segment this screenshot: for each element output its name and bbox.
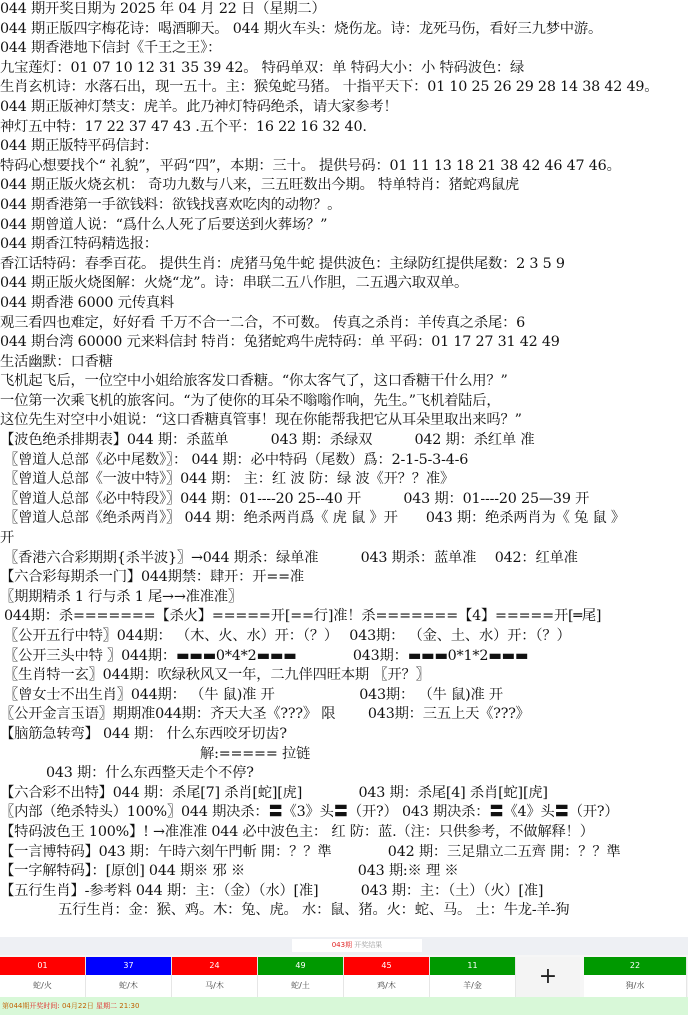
- ball-number: 24: [172, 957, 257, 975]
- ball-number: 01: [0, 957, 85, 975]
- ball-3: 24 马/木: [172, 957, 258, 997]
- fire-mystery-line: 044 期正版火烧玄机： 奇功九数与八来，三五旺数出今期。 特单特肖：猪蛇鸡鼠虎: [0, 176, 688, 196]
- ball-zodiac: 马/木: [172, 975, 257, 997]
- ball-1: 01 蛇/火: [0, 957, 86, 997]
- ball-4: 49 蛇/土: [258, 957, 344, 997]
- no-special-line: 【六合彩不出特】044 期：杀尾[7] 杀肖[蛇][虎] 043 期：杀尾[4]…: [0, 784, 688, 804]
- result-label: 开奖结果: [352, 941, 382, 949]
- element-zodiac-key-line: 五行生肖：金：猴、鸡。木：兔、虎。 水：鼠、猪。火：蛇、马。 土：牛龙-羊-狗: [0, 901, 688, 921]
- one-word-bet-line: 【一言博特码】043 期：午時六刻午門斬 開：？？準 042 期：三足鼎立二五齊…: [0, 843, 688, 863]
- fire-diagram-line: 044 期正版火烧图解：火烧“龙”。诗：串联二五八作胆，二五遇六取双单。: [0, 274, 688, 294]
- kill-element-title: 〖期期精杀 1 行与杀 1 尾→→准准准〗: [0, 588, 688, 608]
- ball-number: 11: [430, 957, 515, 975]
- one-wave-line: 〖曾道人总部《一波中特》〗044 期： 主：红 波 防：绿 波《开？？准》: [0, 470, 688, 490]
- ball-number: 37: [86, 957, 171, 975]
- ball-number: 45: [344, 957, 429, 975]
- ball-zodiac: 羊/金: [430, 975, 515, 997]
- fax-title: 044 期香港 6000 元传真料: [0, 294, 688, 314]
- lamp-five-line: 神灯五中特：17 22 37 47 43 .五个平：16 22 16 32 40…: [0, 118, 688, 138]
- hk-first-hand-line: 044 期香港第一手欲钱料：欲钱找喜欢吃肉的动物？。: [0, 196, 688, 216]
- ball-zodiac: 蛇/火: [0, 975, 85, 997]
- one-word-solve-line: 【一字解特码】：[原创] 044 期※ 邪 ※ 043 期:※ 理 ※: [0, 862, 688, 882]
- tail-number-line: 〖曾道人总部《必中尾数》〗： 044 期：必中特码（尾数）爲：2-1-5-3-4…: [0, 451, 688, 471]
- taiwan-line: 044 期台湾 60000 元来料信封 特肖：兔猪蛇鸡牛虎特码：单 平码：01 …: [0, 333, 688, 353]
- color-kill-line: 【波色绝杀排期表】044 期：杀蓝单 043 期：杀绿双 042 期：杀红单 准: [0, 431, 688, 451]
- plus-icon: +: [516, 957, 580, 997]
- special-envelope-title: 044 期正版特平码信封：: [0, 137, 688, 157]
- ball-2: 37 蛇/木: [86, 957, 172, 997]
- ball-number: 49: [258, 957, 343, 975]
- humor-line-3: 这位先生对空中小姐说：“这口香糖真管事！现在你能帮我把它从耳朵里取出来吗？”: [0, 411, 688, 431]
- special-range-line: 〖曾道人总部《必中特段》〗044 期：01----20 25--40 开 043…: [0, 490, 688, 510]
- humor-line-2: 一位第一次乘飞机的旅客问。“为了使你的耳朵不嗡嗡作响，先生。”飞机着陆后，: [0, 392, 688, 412]
- kill-two-zodiac-line: 〖曾道人总部《绝杀两肖》〗 044 期：绝杀两肖爲《 虎 鼠 》开 043 期：…: [0, 509, 688, 529]
- zeng-says-line: 044 期曾道人说：“爲什么人死了后要送到火葬场？”: [0, 216, 688, 236]
- nine-lamps-line: 九宝莲灯：01 07 10 12 31 35 39 42。 特码单双：单 特码大…: [0, 59, 688, 79]
- next-draw-time: 第044期开奖时间: 04月22日 星期二 21:30: [0, 997, 688, 1015]
- riddle-043-line: 043 期：什么东西整天走个不停?: [0, 764, 688, 784]
- result-period: 043期: [332, 941, 352, 949]
- ball-zodiac: 鸡/木: [344, 975, 429, 997]
- ball-zodiac: 蛇/土: [258, 975, 343, 997]
- ball-zodiac: 蛇/木: [86, 975, 171, 997]
- riddle-line: 【脑筋急转弯】 044 期： 什么东西咬牙切齿?: [0, 725, 688, 745]
- xiangjiang-title: 044 期香江特码精选报：: [0, 235, 688, 255]
- fax-line: 观三看四也难定，好好看 千万不合一二合，不可数。 传真之杀肖：羊传真之杀尾：6: [0, 314, 688, 334]
- riddle-answer-line: 解:===== 拉链: [0, 745, 688, 765]
- wave-king-line: 【特码波色王 100%】! →准准准 044 必中波色主： 红 防：蓝.（注：只…: [0, 823, 688, 843]
- next-draw-clock: 21:30: [117, 1002, 139, 1010]
- kill-two-zodiac-wrap: 开: [0, 529, 688, 549]
- forecast-text-block: 044 期开奖日期为 2025 年 04 月 22 日（星期二） 044 期正版…: [0, 0, 688, 921]
- special-ball: 22 狗/水: [584, 957, 687, 997]
- ball-number: 22: [584, 957, 686, 975]
- kill-element-line: 044期：杀=======【杀火】=====开[==行]准！杀=======【4…: [0, 607, 688, 627]
- result-header: 043期 开奖结果: [0, 937, 688, 955]
- element-zodiac-line: 【五行生肖】-参考料 044 期：主：（金）（水）[准] 043 期：主：（土）…: [0, 882, 688, 902]
- lamp-ban-line: 044 期正版神灯禁支：虎羊。此乃神灯特码绝杀，请大家参考！: [0, 98, 688, 118]
- next-draw-date: 04月22日: [62, 1002, 96, 1010]
- internal-head-line: 〖内部（绝杀特头）100%〗044 期决杀：〓《3》头〓（开?） 043 期决杀…: [0, 803, 688, 823]
- zodiac-mystery-line: 〖生肖特一玄〗044期：吹绿秋风又一年，二九伴四旺本期 〖开？〗: [0, 666, 688, 686]
- draw-date-line: 044 期开奖日期为 2025 年 04 月 22 日（星期二）: [0, 0, 688, 20]
- plum-poem-line: 044 期正版四字梅花诗：喝酒聊天。 044 期火车头：烧伤龙。诗：龙死马伤，看…: [0, 20, 688, 40]
- golden-words-line: 〖公开金言玉语〗期期准044期：齐天大圣《???》 限 043期：三五上天《??…: [0, 705, 688, 725]
- ball-zodiac: 狗/水: [584, 975, 686, 997]
- humor-title: 生活幽默：口香糖: [0, 353, 688, 373]
- special-envelope-line: 特码心想要找个“ 礼貌”，平码“四”，本期：三十。 提供号码：01 11 13 …: [0, 157, 688, 177]
- result-balls: 01 蛇/火 37 蛇/木 24 马/木 49 蛇/土 45 鸡/木 11 羊/…: [0, 957, 688, 997]
- kill-one-door-line: 【六合彩每期杀一门】044期禁：肆开：开==准: [0, 568, 688, 588]
- xiangjiang-line: 香江话特码：春季百花。 提供生肖：虎猪马兔牛蛇 提供波色：主绿防红提供尾数：2 …: [0, 255, 688, 275]
- next-draw-label: 开奖时间:: [29, 1002, 62, 1010]
- five-elements-line: 〖公开五行中特〗044期： （木、火、水）开：（？） 043期： （金、土、水）…: [0, 627, 688, 647]
- zodiac-poem-line: 生肖玄机诗：水落石出，现一五十。主：猴兔蛇马猪。 十指平天下：01 10 25 …: [0, 78, 688, 98]
- draw-result-widget: 043期 开奖结果 01 蛇/火 37 蛇/木 24 马/木 49 蛇/土 45…: [0, 937, 688, 1015]
- result-title: 043期 开奖结果: [292, 939, 422, 952]
- ball-6: 11 羊/金: [430, 957, 516, 997]
- hk-envelope-title: 044 期香港地下信封《千王之王》：: [0, 39, 688, 59]
- ball-5: 45 鸡/木: [344, 957, 430, 997]
- half-wave-line: 〖香港六合彩期期{杀半波}〗→044 期杀：绿单准 043 期杀：蓝单准 042…: [0, 549, 688, 569]
- next-draw-weekday: 星期二: [96, 1002, 117, 1010]
- ms-zeng-line: 〖曾女士不出生肖〗044期： （牛 鼠)准 开 043期： （牛 鼠)准 开: [0, 686, 688, 706]
- three-heads-line: 〖公开三头中特 〗044期：▬▬▬0*4*2▬▬▬ 043期：▬▬▬0*1*2▬…: [0, 647, 688, 667]
- next-draw-period: 第044期: [2, 1002, 29, 1010]
- humor-line-1: 飞机起飞后，一位空中小姐给旅客发口香糖。“你太客气了，这口香糖干什么用？”: [0, 372, 688, 392]
